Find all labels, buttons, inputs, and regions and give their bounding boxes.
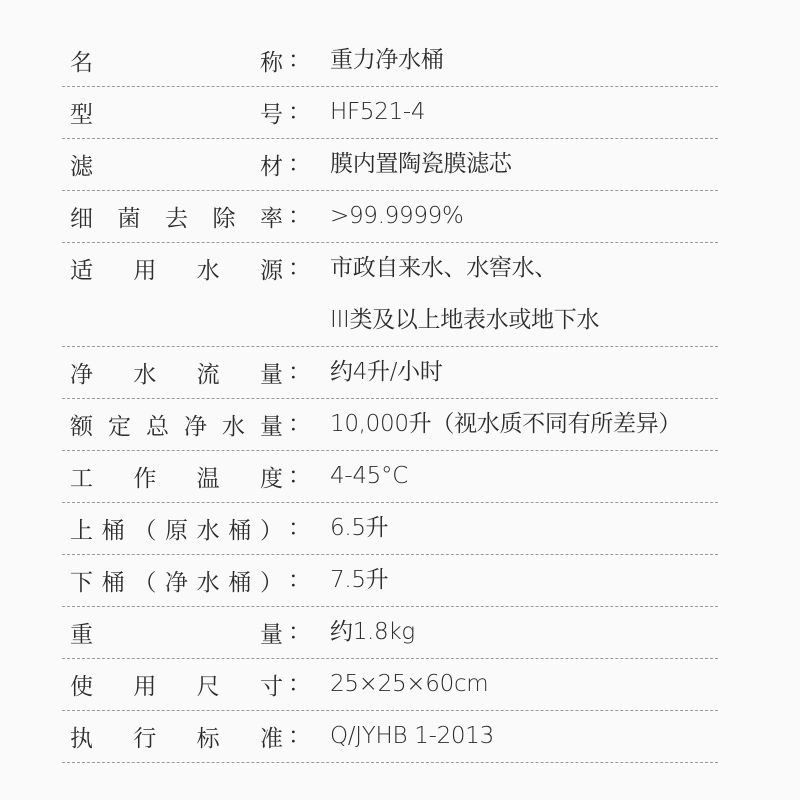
label-char: 重 [70, 616, 93, 649]
label-char: 额 [70, 408, 93, 441]
label-char: 水 [197, 564, 220, 597]
label-char: 桶 [102, 512, 125, 545]
label-char: 号 [260, 96, 283, 129]
spec-value: HF521-4 [330, 87, 425, 138]
spec-label: 上 桶 （ 原 水 桶 ） ： [70, 503, 338, 554]
label-colon: ： [288, 347, 311, 398]
label-colon: ： [288, 607, 311, 658]
label-char: 量 [260, 616, 283, 649]
label-char: 作 [133, 460, 156, 493]
spec-label-text: 型 号 [70, 96, 283, 129]
spec-value-text: 市政自来水、水窖水、 [330, 243, 599, 294]
spec-value: 4-45°C [330, 451, 408, 502]
spec-value: 约4升/小时 [330, 347, 443, 398]
spec-value: 10,000升（视水质不同有所差异） [330, 399, 681, 450]
spec-value-text: 4-45°C [330, 451, 408, 502]
spec-value: >99.9999% [330, 191, 464, 242]
spec-value-text: 7.5升 [330, 555, 388, 606]
spec-value: 市政自来水、水窖水、 III类及以上地表水或地下水 [330, 243, 599, 346]
label-char: 总 [146, 408, 169, 441]
label-colon: ： [288, 451, 311, 502]
spec-label: 型 号 ： [70, 87, 338, 138]
spec-label-text: 名 称 [70, 44, 283, 77]
spec-label-text: 适 用 水 源 [70, 252, 283, 285]
spec-label: 下 桶 （ 净 水 桶 ） ： [70, 555, 338, 606]
spec-label-text: 净 水 流 量 [70, 356, 283, 389]
label-char: 材 [260, 148, 283, 181]
spec-label: 净 水 流 量 ： [70, 347, 338, 398]
spec-value: 膜内置陶瓷膜滤芯 [330, 139, 512, 190]
label-char: 净 [184, 408, 207, 441]
label-char: 除 [213, 200, 236, 233]
label-char: 滤 [70, 148, 93, 181]
spec-row-model: 型 号 ： HF521-4 [62, 87, 718, 139]
label-colon: ： [288, 87, 311, 138]
label-char: 量 [260, 408, 283, 441]
label-char: 去 [165, 200, 188, 233]
label-char: 水 [222, 408, 245, 441]
spec-value-text: III类及以上地表水或地下水 [330, 294, 599, 346]
spec-value: 25×25×60cm [330, 659, 488, 710]
spec-value-text: >99.9999% [330, 191, 464, 242]
spec-label-text: 下 桶 （ 净 水 桶 ） [70, 564, 283, 597]
spec-label: 执 行 标 准 ： [70, 711, 338, 762]
label-char: 名 [70, 44, 93, 77]
spec-row-lower-bucket: 下 桶 （ 净 水 桶 ） ： 7.5升 [62, 555, 718, 607]
spec-label-text: 额 定 总 净 水 量 [70, 408, 283, 441]
label-char: 桶 [228, 564, 251, 597]
spec-row-water-source: 适 用 水 源 ： 市政自来水、水窖水、 III类及以上地表水或地下水 [62, 243, 718, 347]
label-char: 上 [70, 512, 93, 545]
label-char: 用 [133, 668, 156, 701]
label-char: 温 [197, 460, 220, 493]
spec-label: 名 称 ： [70, 35, 338, 86]
spec-label: 滤 材 ： [70, 139, 338, 190]
label-char: 使 [70, 668, 93, 701]
spec-row-upper-bucket: 上 桶 （ 原 水 桶 ） ： 6.5升 [62, 503, 718, 555]
spec-label-text: 细 菌 去 除 率 [70, 200, 283, 233]
spec-label-text: 滤 材 [70, 148, 283, 181]
label-char: 行 [133, 720, 156, 753]
spec-row-rated-capacity: 额 定 总 净 水 量 ： 10,000升（视水质不同有所差异） [62, 399, 718, 451]
spec-value-text: Q/JYHB 1-2013 [330, 711, 494, 762]
label-char: 源 [260, 252, 283, 285]
spec-value-text: 约1.8kg [330, 607, 415, 658]
spec-label: 适 用 水 源 ： [70, 243, 338, 294]
label-char: 定 [108, 408, 131, 441]
label-char: 工 [70, 460, 93, 493]
label-char: 细 [70, 200, 93, 233]
spec-value: 7.5升 [330, 555, 388, 606]
spec-table: 名 称 ： 重力净水桶 型 号 ： HF521-4 滤 材 ： [62, 35, 718, 763]
spec-value-text: 10,000升（视水质不同有所差异） [330, 399, 681, 450]
spec-value: 约1.8kg [330, 607, 415, 658]
label-char: 尺 [197, 668, 220, 701]
spec-row-filter-material: 滤 材 ： 膜内置陶瓷膜滤芯 [62, 139, 718, 191]
label-colon: ： [288, 35, 311, 86]
label-char: 水 [197, 252, 220, 285]
spec-row-bacteria-removal: 细 菌 去 除 率 ： >99.9999% [62, 191, 718, 243]
spec-label-text: 使 用 尺 寸 [70, 668, 283, 701]
label-colon: ： [288, 191, 311, 242]
spec-row-dimensions: 使 用 尺 寸 ： 25×25×60cm [62, 659, 718, 711]
spec-value: Q/JYHB 1-2013 [330, 711, 494, 762]
label-colon: ： [288, 555, 311, 606]
label-char: 率 [260, 200, 283, 233]
label-char: 度 [260, 460, 283, 493]
label-char: 菌 [118, 200, 141, 233]
spec-row-standard: 执 行 标 准 ： Q/JYHB 1-2013 [62, 711, 718, 763]
spec-value-text: HF521-4 [330, 87, 425, 138]
spec-value-text: 约4升/小时 [330, 347, 443, 398]
spec-label-text: 重 量 [70, 616, 283, 649]
label-char: 寸 [260, 668, 283, 701]
label-char: ） [260, 512, 283, 545]
label-char: 下 [70, 564, 93, 597]
label-char: 净 [70, 356, 93, 389]
spec-value: 重力净水桶 [330, 35, 444, 86]
label-colon: ： [288, 139, 311, 190]
label-char: （ [133, 512, 156, 545]
label-char: 标 [197, 720, 220, 753]
label-colon: ： [288, 503, 311, 554]
label-char: 净 [165, 564, 188, 597]
label-char: 用 [133, 252, 156, 285]
spec-label-text: 执 行 标 准 [70, 720, 283, 753]
spec-row-weight: 重 量 ： 约1.8kg [62, 607, 718, 659]
label-char: 量 [260, 356, 283, 389]
label-colon: ： [288, 399, 311, 450]
spec-value-text: 6.5升 [330, 503, 388, 554]
label-char: 水 [133, 356, 156, 389]
label-char: 准 [260, 720, 283, 753]
label-char: （ [133, 564, 156, 597]
label-char: 桶 [102, 564, 125, 597]
spec-row-flow-rate: 净 水 流 量 ： 约4升/小时 [62, 347, 718, 399]
label-colon: ： [288, 659, 311, 710]
spec-label-text: 工 作 温 度 [70, 460, 283, 493]
label-colon: ： [288, 243, 311, 294]
spec-label-text: 上 桶 （ 原 水 桶 ） [70, 512, 283, 545]
spec-label: 使 用 尺 寸 ： [70, 659, 338, 710]
label-char: 流 [197, 356, 220, 389]
label-char: 称 [260, 44, 283, 77]
spec-label: 工 作 温 度 ： [70, 451, 338, 502]
spec-label: 额 定 总 净 水 量 ： [70, 399, 338, 450]
spec-value-text: 25×25×60cm [330, 659, 488, 710]
label-char: 执 [70, 720, 93, 753]
label-char: 水 [197, 512, 220, 545]
label-char: 原 [165, 512, 188, 545]
label-char: 桶 [228, 512, 251, 545]
label-char: ） [260, 564, 283, 597]
spec-row-working-temperature: 工 作 温 度 ： 4-45°C [62, 451, 718, 503]
spec-value-text: 膜内置陶瓷膜滤芯 [330, 139, 512, 190]
spec-value: 6.5升 [330, 503, 388, 554]
label-char: 型 [70, 96, 93, 129]
spec-label: 细 菌 去 除 率 ： [70, 191, 338, 242]
spec-value-text: 重力净水桶 [330, 35, 444, 86]
spec-row-name: 名 称 ： 重力净水桶 [62, 35, 718, 87]
label-colon: ： [288, 711, 311, 762]
spec-label: 重 量 ： [70, 607, 338, 658]
label-char: 适 [70, 252, 93, 285]
